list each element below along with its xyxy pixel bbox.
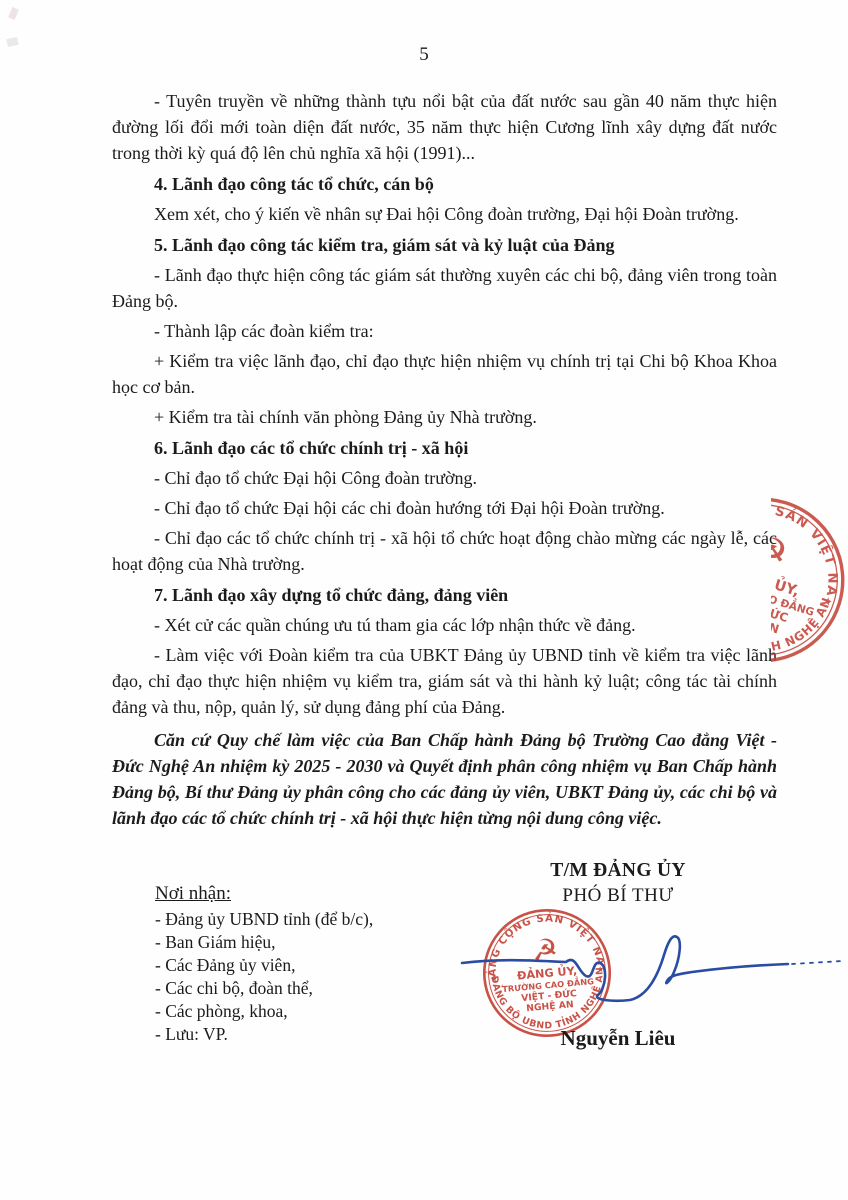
paragraph: - Lãnh đạo thực hiện công tác giám sát t… [112,262,777,314]
paragraph: - Thành lập các đoàn kiểm tra: [112,318,777,344]
section-heading: 7. Lãnh đạo xây dựng tổ chức đảng, đảng … [112,582,777,608]
recipient-item: - Các Đảng ủy viên, [155,954,373,977]
hammer-sickle-icon: ☭ [771,525,793,577]
signature-stroke [462,936,788,1000]
paragraph: Xem xét, cho ý kiến về nhân sự Đai hội C… [112,201,777,227]
recipient-item: - Ban Giám hiệu, [155,931,373,954]
recipients-heading: Nơi nhận: [155,882,373,905]
paragraph: - Xét cử các quần chúng ưu tú tham gia c… [112,612,777,638]
signer-name: Nguyễn Liêu [468,1026,768,1051]
edge-stamp-clip: ĐẢNG CỘNG SẢN VIỆT NAM ĐẢNG BỘ UBND TỈNH… [771,490,848,672]
recipient-item: - Đảng ủy UBND tỉnh (để b/c), [155,908,373,931]
page-number: 5 [0,44,848,66]
signer-title: PHÓ BÍ THƯ [468,885,768,907]
recipient-item: - Lưu: VP. [155,1023,373,1046]
signature-stroke-tail [792,961,842,964]
paragraph: - Chỉ đạo các tổ chức chính trị - xã hội… [112,525,777,577]
paragraph: - Tuyên truyền về những thành tựu nổi bậ… [112,88,777,166]
document-body: - Tuyên truyền về những thành tựu nổi bậ… [112,88,777,831]
signing-authority: T/M ĐẢNG ỦY [468,860,768,882]
paragraph: + Kiểm tra việc lãnh đạo, chỉ đạo thực h… [112,348,777,400]
handwritten-signature [430,915,848,1025]
signature-block: T/M ĐẢNG ỦY PHÓ BÍ THƯ [468,860,768,907]
recipient-item: - Các chi bộ, đoàn thể, [155,977,373,1000]
recipients-block: Nơi nhận: - Đảng ủy UBND tỉnh (để b/c), … [155,882,373,1046]
paragraph: - Làm việc với Đoàn kiểm tra của UBKT Đả… [112,642,777,720]
recipient-item: - Các phòng, khoa, [155,1000,373,1023]
scan-artifact [8,7,19,20]
paragraph: - Chỉ đạo tổ chức Đại hội các chi đoàn h… [112,495,777,521]
party-seal-stamp-partial: ĐẢNG CỘNG SẢN VIỆT NAM ĐẢNG BỘ UBND TỈNH… [771,490,848,672]
section-heading: 6. Lãnh đạo các tổ chức chính trị - xã h… [112,435,777,461]
paragraph: + Kiểm tra tài chính văn phòng Đảng ủy N… [112,404,777,430]
section-heading: 5. Lãnh đạo công tác kiểm tra, giám sát … [112,232,777,258]
closing-paragraph: Căn cứ Quy chế làm việc của Ban Chấp hàn… [112,727,777,831]
section-heading: 4. Lãnh đạo công tác tổ chức, cán bộ [112,171,777,197]
document-page: 5 - Tuyên truyền về những thành tựu nổi … [0,0,848,1200]
paragraph: - Chỉ đạo tổ chức Đại hội Công đoàn trườ… [112,465,777,491]
